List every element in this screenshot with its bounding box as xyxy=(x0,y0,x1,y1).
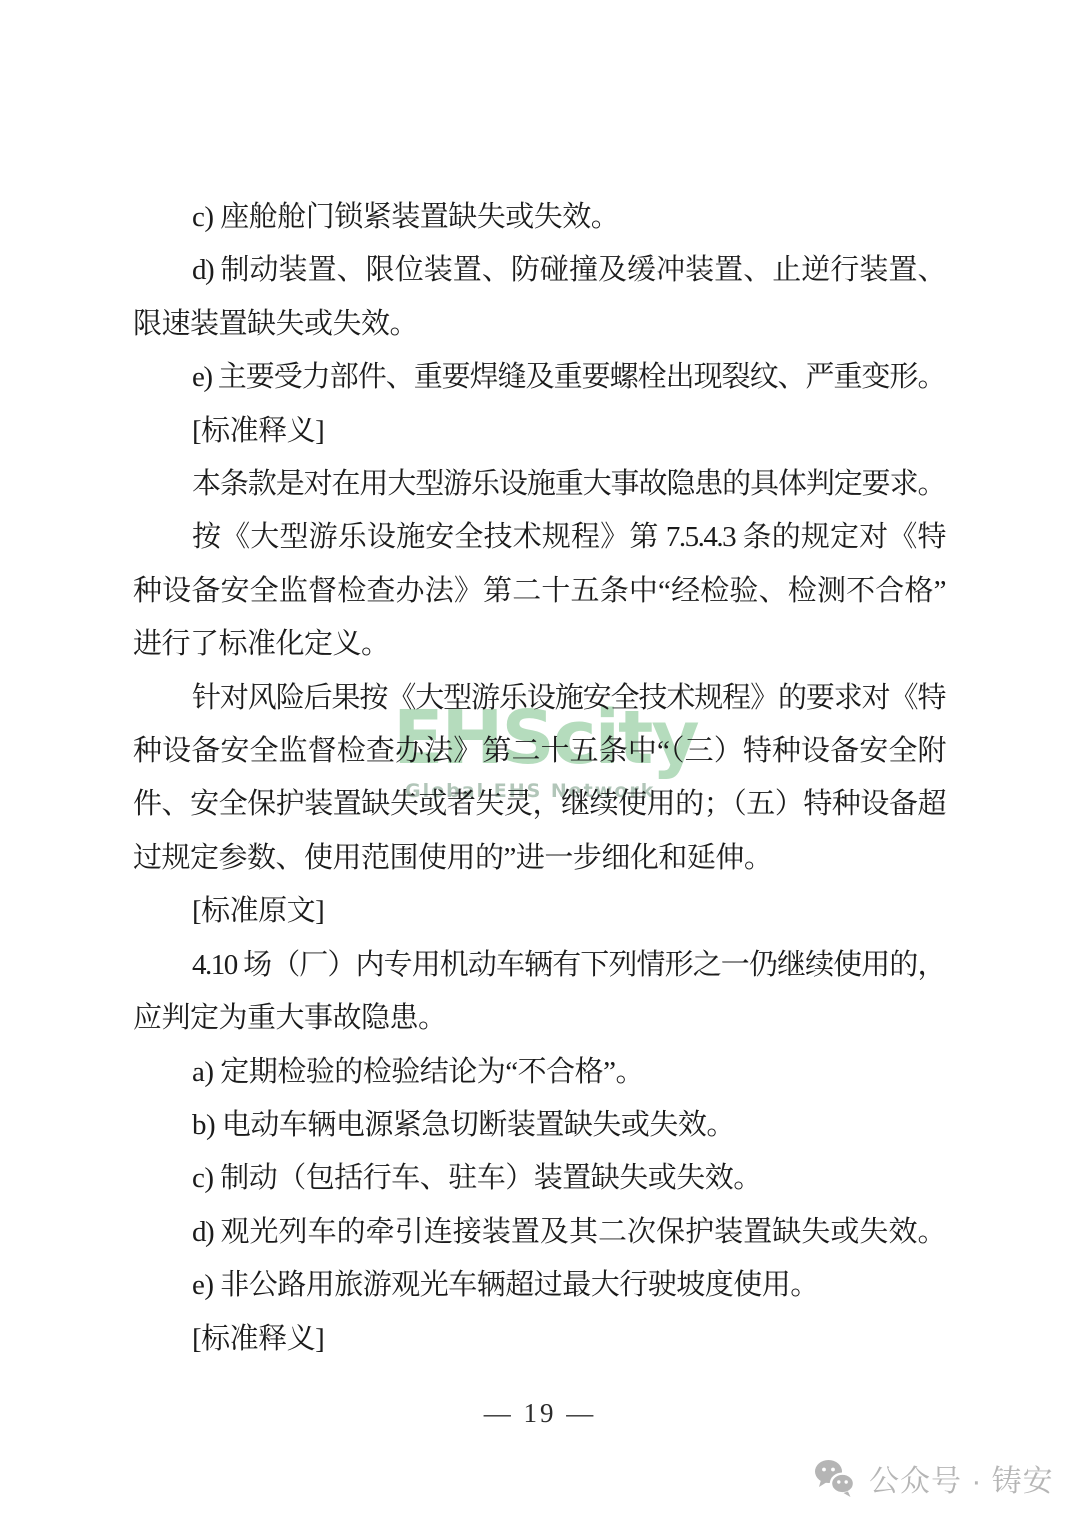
document-page: { "document": { "lines": [ { "text": "c)… xyxy=(0,0,1080,1527)
text-line: c) 座舱舱门锁紧装置缺失或失效。 xyxy=(133,191,945,244)
text-line: 4.10 场（厂）内专用机动车辆有下列情形之一仍继续使用的， xyxy=(133,939,945,992)
text-line: 种设备安全监督检查办法》第二十五条中“（三）特种设备安全附 xyxy=(133,725,945,778)
text-line: [标准释义] xyxy=(133,405,945,458)
text-line: [标准释义] xyxy=(133,1313,945,1366)
text-line: 按《大型游乐设施安全技术规程》第 7.5.4.3 条的规定对《特 xyxy=(133,511,945,564)
text-line: d) 观光列车的牵引连接装置及其二次保护装置缺失或失效。 xyxy=(133,1206,945,1259)
text-line: [标准原文] xyxy=(133,885,945,938)
wechat-icon xyxy=(814,1458,856,1498)
text-line: 限速装置缺失或失效。 xyxy=(133,298,945,351)
text-line: 种设备安全监督检查办法》第二十五条中“经检验、检测不合格” xyxy=(133,565,945,618)
text-line: e) 非公路用旅游观光车辆超过最大行驶坡度使用。 xyxy=(133,1259,945,1312)
text-line: c) 制动（包括行车、驻车）装置缺失或失效。 xyxy=(133,1152,945,1205)
text-line: 针对风险后果按《大型游乐设施安全技术规程》的要求对《特 xyxy=(133,672,945,725)
text-line: b) 电动车辆电源紧急切断装置缺失或失效。 xyxy=(133,1099,945,1152)
text-line: 应判定为重大事故隐患。 xyxy=(133,992,945,1045)
text-line: 件、安全保护装置缺失或者失灵，继续使用的；（五）特种设备超 xyxy=(133,778,945,831)
text-line: 本条款是对在用大型游乐设施重大事故隐患的具体判定要求。 xyxy=(133,458,945,511)
text-line: e) 主要受力部件、重要焊缝及重要螺栓出现裂纹、严重变形。 xyxy=(133,351,945,404)
text-line: 过规定参数、使用范围使用的”进一步细化和延伸。 xyxy=(133,832,945,885)
text-line: a) 定期检验的检验结论为“不合格”。 xyxy=(133,1046,945,1099)
footer-wechat-mark: 公众号 · 铸安 xyxy=(814,1456,1054,1500)
text-line: d) 制动装置、限位装置、防碰撞及缓冲装置、止逆行装置、 xyxy=(133,244,945,297)
document-body: c) 座舱舱门锁紧装置缺失或失效。d) 制动装置、限位装置、防碰撞及缓冲装置、止… xyxy=(133,191,945,1366)
page-number: — 19 — xyxy=(0,1398,1080,1429)
text-line: 进行了标准化定义。 xyxy=(133,618,945,671)
footer-wechat-label: 公众号 · 铸安 xyxy=(869,1456,1054,1500)
